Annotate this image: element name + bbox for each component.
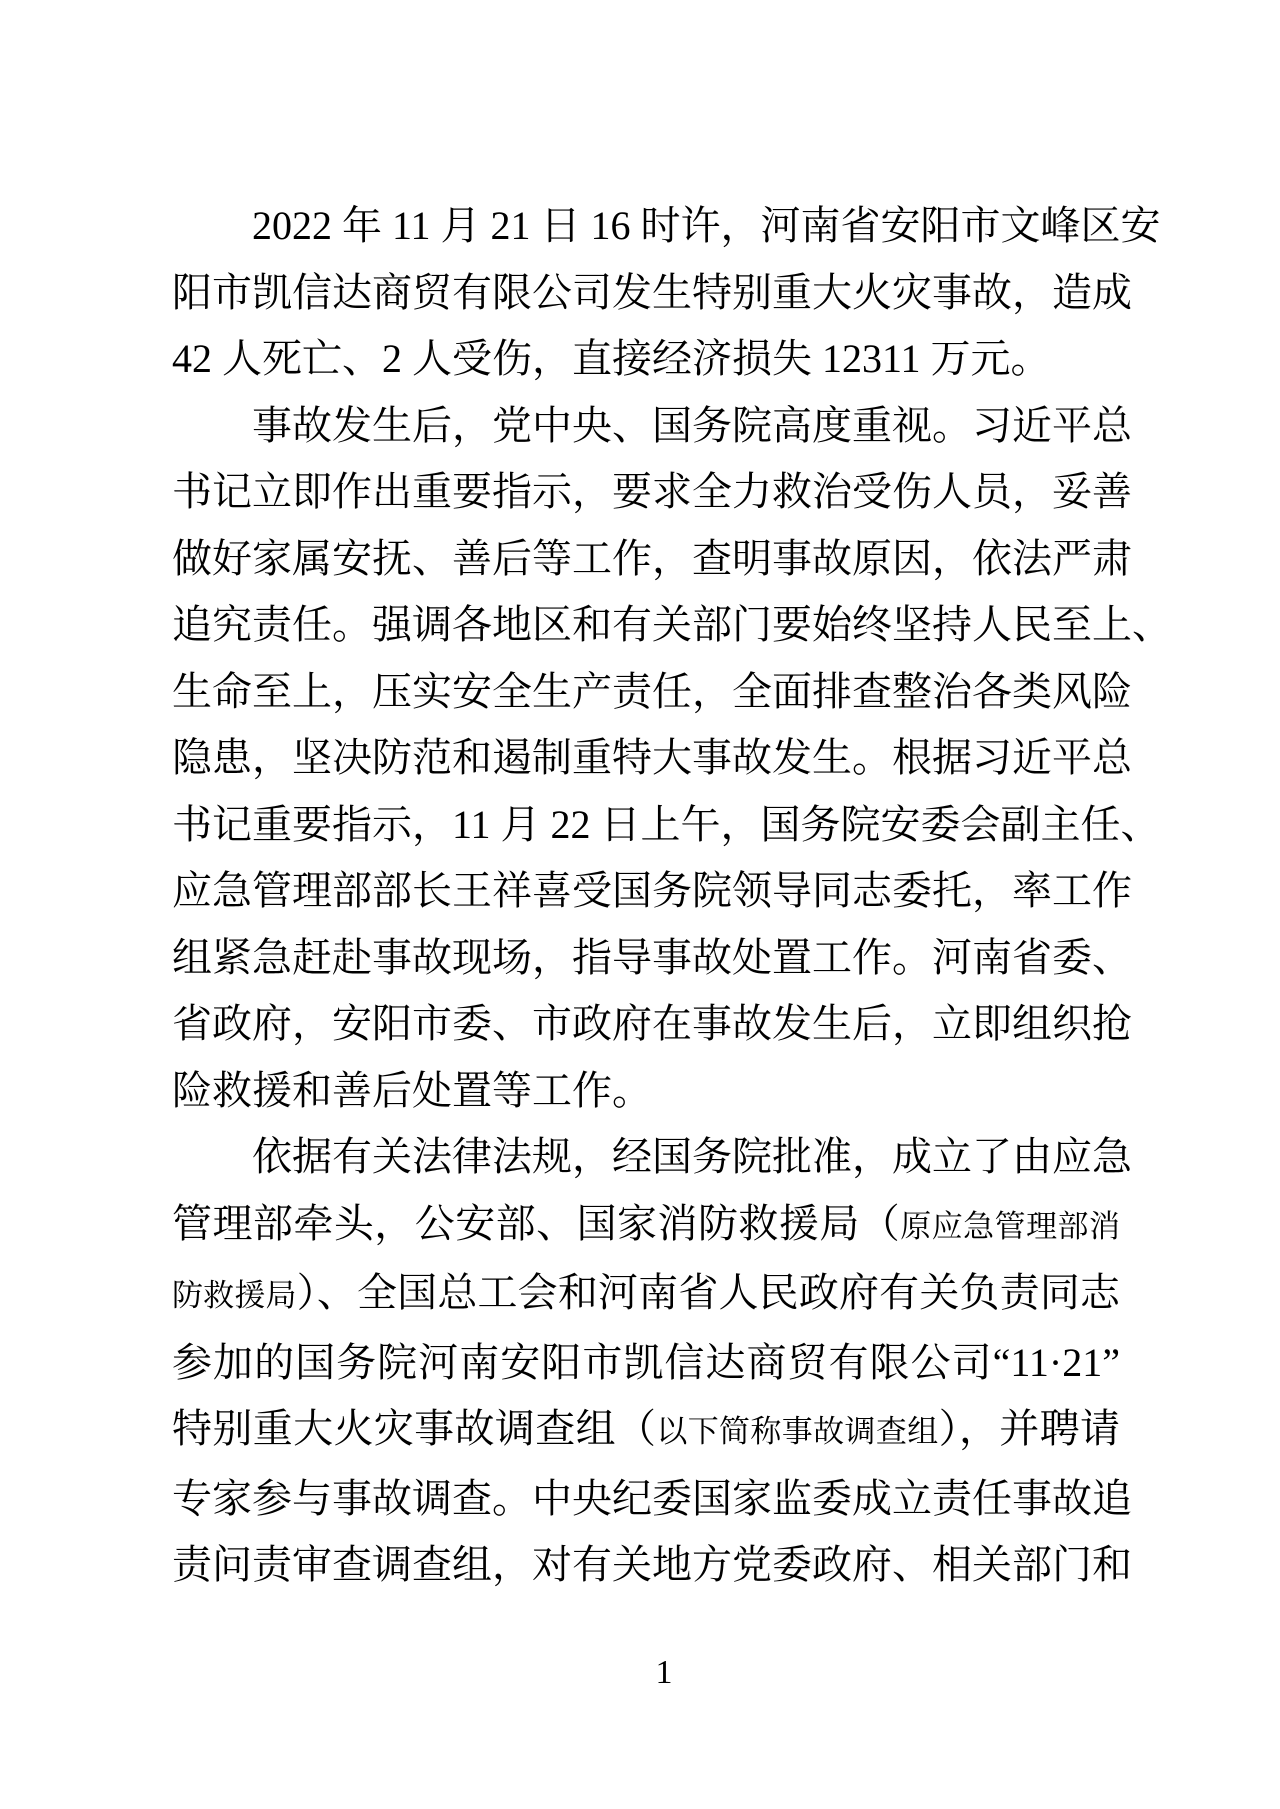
text-line: 阳市凯信达商贸有限公司发生特别重大火灾事故，造成 xyxy=(172,260,1120,327)
text-line: 2022 年 11 月 21 日 16 时许，河南省安阳市文峰区安 xyxy=(172,193,1120,260)
text-segment: 险救援和善后处置等工作。 xyxy=(172,1068,652,1113)
text-segment: 省政府，安阳市委、市政府在事故发生后，立即组织抢 xyxy=(172,1001,1132,1046)
text-line: 省政府，安阳市委、市政府在事故发生后，立即组织抢 xyxy=(172,991,1120,1058)
text-line: 责问责审查调查组，对有关地方党委政府、相关部门和 xyxy=(172,1532,1120,1599)
text-line: 42 人死亡、2 人受伤，直接经济损失 12311 万元。 xyxy=(172,326,1120,393)
text-line: 险救援和善后处置等工作。 xyxy=(172,1058,1120,1125)
text-segment: ）、全国总工会和河南省人民政府有关负责同志 xyxy=(297,1270,1120,1315)
text-line: 事故发生后，党中央、国务院高度重视。习近平总 xyxy=(172,393,1120,460)
text-segment: 依据有关法律法规，经国务院批准，成立了由应急 xyxy=(252,1134,1132,1179)
text-line: 做好家属安抚、善后等工作，查明事故原因，依法严肃 xyxy=(172,526,1120,593)
page-number: 1 xyxy=(656,1654,673,1691)
page-footer: 1 xyxy=(190,1648,1138,1698)
text-line: 管理部牵头，公安部、国家消防救援局（原应急管理部消 xyxy=(172,1191,1120,1261)
text-line: 应急管理部部长王祥喜受国务院领导同志委托，率工作 xyxy=(172,858,1120,925)
text-segment-small: 防救援局 xyxy=(172,1278,297,1313)
text-segment-small: 以下简称事故调查组 xyxy=(656,1414,938,1449)
text-line: 书记立即作出重要指示，要求全力救治受伤人员，妥善 xyxy=(172,459,1120,526)
text-segment: 做好家属安抚、善后等工作，查明事故原因，依法严肃 xyxy=(172,536,1132,581)
text-line: 组紧急赶赴事故现场，指导事故处置工作。河南省委、 xyxy=(172,925,1120,992)
text-line: 书记重要指示，11 月 22 日上午，国务院安委会副主任、 xyxy=(172,792,1120,859)
text-segment-small: 原应急管理部消 xyxy=(900,1209,1120,1244)
text-segment: 责问责审查调查组，对有关地方党委政府、相关部门和 xyxy=(172,1542,1132,1587)
text-segment: 追究责任。强调各地区和有关部门要始终坚持人民至上、 xyxy=(172,602,1172,647)
text-segment: 隐患，坚决防范和遏制重特大事故发生。根据习近平总 xyxy=(172,735,1132,780)
text-segment: 事故发生后，党中央、国务院高度重视。习近平总 xyxy=(252,403,1132,448)
text-segment: 42 人死亡、2 人受伤，直接经济损失 12311 万元。 xyxy=(172,336,1051,381)
text-segment: 书记重要指示，11 月 22 日上午，国务院安委会副主任、 xyxy=(172,802,1161,847)
text-line: 防救援局）、全国总工会和河南省人民政府有关负责同志 xyxy=(172,1260,1120,1330)
text-segment: 2022 年 11 月 21 日 16 时许，河南省安阳市文峰区安 xyxy=(252,203,1161,248)
text-line: 参加的国务院河南安阳市凯信达商贸有限公司“11·21” xyxy=(172,1330,1120,1397)
text-segment: 管理部牵头，公安部、国家消防救援局（ xyxy=(172,1201,900,1246)
text-segment: 应急管理部部长王祥喜受国务院领导同志委托，率工作 xyxy=(172,868,1132,913)
text-segment: 书记立即作出重要指示，要求全力救治受伤人员，妥善 xyxy=(172,469,1132,514)
document-page: 2022 年 11 月 21 日 16 时许，河南省安阳市文峰区安 阳市凯信达商… xyxy=(0,0,1280,1809)
text-line: 追究责任。强调各地区和有关部门要始终坚持人民至上、 xyxy=(172,592,1120,659)
text-line: 生命至上，压实安全生产责任，全面排查整治各类风险 xyxy=(172,659,1120,726)
text-line: 隐患，坚决防范和遏制重特大事故发生。根据习近平总 xyxy=(172,725,1120,792)
text-segment: 参加的国务院河南安阳市凯信达商贸有限公司“11·21” xyxy=(172,1340,1120,1385)
text-line: 依据有关法律法规，经国务院批准，成立了由应急 xyxy=(172,1124,1120,1191)
text-segment: 特别重大火灾事故调查组（ xyxy=(172,1406,656,1451)
text-line: 专家参与事故调查。中央纪委国家监委成立责任事故追 xyxy=(172,1466,1120,1533)
text-segment: 专家参与事故调查。中央纪委国家监委成立责任事故追 xyxy=(172,1476,1132,1521)
text-segment: ），并聘请 xyxy=(939,1406,1120,1451)
document-body: 2022 年 11 月 21 日 16 时许，河南省安阳市文峰区安 阳市凯信达商… xyxy=(172,193,1120,1599)
text-segment: 生命至上，压实安全生产责任，全面排查整治各类风险 xyxy=(172,669,1132,714)
text-line: 特别重大火灾事故调查组（以下简称事故调查组），并聘请 xyxy=(172,1396,1120,1466)
text-segment: 组紧急赶赴事故现场，指导事故处置工作。河南省委、 xyxy=(172,935,1132,980)
text-segment: 阳市凯信达商贸有限公司发生特别重大火灾事故，造成 xyxy=(172,270,1132,315)
